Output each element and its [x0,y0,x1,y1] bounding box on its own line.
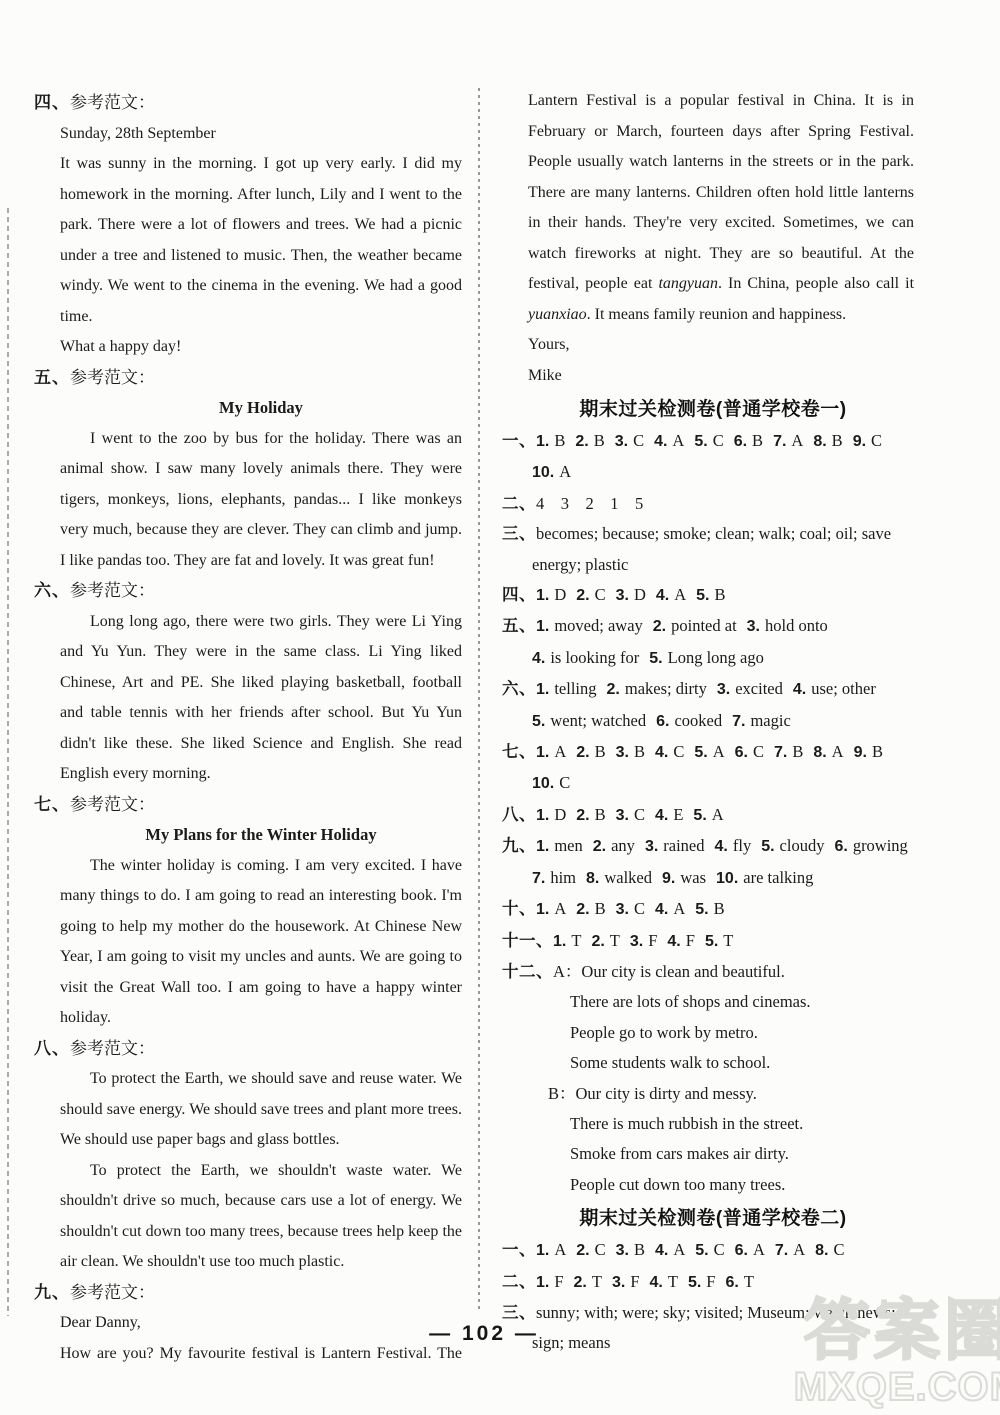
question-number: 4. [650,1274,663,1291]
answer-section-title: 期末过关检测卷(普通学校卷一) [502,394,924,425]
answer-item: 8.B [813,431,842,450]
answer-value: rained [663,836,704,855]
answer-line: 10.C [502,768,938,799]
answer-line: 六、1.telling2.makes; dirty3.excited4.use;… [502,674,938,705]
answer-item: 2.makes; dirty [607,679,707,698]
answer-group-label: 七、 [502,743,536,761]
answer-value: B [554,431,565,450]
answer-item: 5.F [688,1272,716,1291]
answer-line: 八、1.D2.B3.C4.E5.A [502,800,938,831]
question-number: 1. [536,901,549,918]
answer-line: Some students walk to school. [502,1048,938,1078]
answer-value: T [592,1272,602,1291]
section-number-label: 六、 [34,581,70,600]
question-number: 2. [591,933,604,950]
answer-item: 6.B [734,431,763,450]
essay-continuation-paragraph: Lantern Festival is a popular festival i… [528,86,914,330]
answer-item: 6.T [725,1272,753,1291]
answer-item: 5.went; watched [532,711,646,730]
answer-item: 9.was [662,868,706,887]
question-number: 1. [536,618,549,635]
answer-item: 8.walked [586,868,652,887]
answer-item: 4.fly [715,836,752,855]
answer-value: T [571,931,581,950]
answer-item: 6.growing [834,836,907,855]
essay-line: What a happy day! [60,332,462,363]
answer-item: 1.A [536,1240,566,1259]
answer-item: 5.A [693,805,723,824]
question-number: 4. [655,901,668,918]
section-number-label: 八、 [34,1039,70,1058]
question-number: 2. [576,807,589,824]
section-heading-label: 参考范文： [70,1283,155,1302]
question-number: 7. [775,1242,788,1259]
answer-value: B [594,431,605,450]
essay-para-indent: Long long ago, there were two girls. The… [60,607,462,790]
question-number: 1. [536,1242,549,1259]
answer-value: fly [733,836,751,855]
answer-value: moved; away [554,616,642,635]
question-number: 2. [576,901,589,918]
answer-value: A [712,805,724,824]
answer-value: excited [735,679,783,698]
question-number: 4. [655,744,668,761]
answer-group-label: 一、 [502,432,536,450]
watermark-logo-text: 答案圈 [794,1295,1000,1365]
answer-item: 3.B [616,1240,645,1259]
answer-group-label: 二、 [502,1273,536,1291]
answer-item: 5.T [705,931,733,950]
question-number: 10. [716,870,738,887]
watermark: 答案圈 MXQE.COM [794,1295,1000,1409]
answer-item: 3.C [616,805,645,824]
question-number: 4. [656,587,669,604]
question-number: 5. [695,1242,708,1259]
answer-value: are talking [743,868,813,887]
answer-item: 9.B [854,742,883,761]
question-number: 3. [717,681,730,698]
answer-item: 5.cloudy [761,836,824,855]
answer-value: D [554,805,566,824]
answer-item: 2.B [576,742,605,761]
answer-value: C [673,742,684,761]
question-number: 3. [630,933,643,950]
answer-value: A [554,742,566,761]
answer-text: becomes; because; smoke; clean; walk; co… [536,524,891,543]
answer-value: F [686,931,695,950]
answer-value: E [673,805,683,824]
answer-value: B [634,742,645,761]
answer-line: 一、1.A2.C3.B4.A5.C6.A7.A8.C [502,1235,938,1266]
answer-value: him [550,868,576,887]
essay-section: 八、参考范文：To protect the Earth, we should s… [34,1034,462,1278]
answer-item: 7.A [773,431,803,450]
answer-value: C [713,431,724,450]
question-number: 3. [645,838,658,855]
section-heading-label: 参考范文： [70,93,155,112]
essay-para-indent: To protect the Earth, we shouldn't waste… [60,1156,462,1278]
answer-line: 九、1.men2.any3.rained4.fly5.cloudy6.growi… [502,831,938,862]
answer-group-label: 九、 [502,837,536,855]
answer-item: 4.A [654,431,684,450]
answer-group-label: 四、 [502,586,536,604]
section-header: 六、参考范文： [34,576,462,607]
letter-signoff: Yours,Mike [502,330,938,391]
italic-term: tangyuan [658,275,718,292]
page-edge-artifact [7,208,9,1316]
question-number: 5. [694,433,707,450]
answer-item: 6.A [735,1240,765,1259]
answer-line: 十二、A：Our city is clean and beautiful. [502,957,938,987]
answer-text: There are lots of shops and cinemas. [570,992,811,1011]
answer-line: 5.went; watched6.cooked7.magic [502,706,938,737]
answer-text: People cut down too many trees. [570,1175,785,1194]
answer-text: Some students walk to school. [570,1053,770,1072]
question-number: 8. [813,744,826,761]
answer-value: F [706,1272,715,1291]
answer-item: 9.C [853,431,882,450]
answer-item: 8.A [813,742,843,761]
answer-value: T [744,1272,754,1291]
question-number: 4. [654,433,667,450]
answer-value: hold onto [765,616,828,635]
answer-item: 10.A [532,462,571,481]
answer-line: There is much rubbish in the street. [502,1109,938,1139]
answer-value: growing [853,836,908,855]
answer-value: B [715,585,726,604]
answer-value: B [595,805,606,824]
answer-item: 2.T [591,931,619,950]
answer-value: A [791,431,803,450]
question-number: 6. [656,713,669,730]
answer-item: 2.C [576,585,605,604]
answer-item: 1.D [536,585,566,604]
answer-value: use; other [811,679,876,698]
answer-group-label: 六、 [502,680,536,698]
answer-line: 二、4 3 2 1 5 [502,489,938,519]
answer-value: C [559,773,570,792]
question-number: 1. [536,587,549,604]
answer-line: energy; plastic [502,550,938,580]
section-header: 七、参考范文： [34,790,462,821]
answer-item: 4.C [655,742,684,761]
answer-item: 4.F [667,931,695,950]
question-number: 1. [536,681,549,698]
section-number-label: 九、 [34,1283,70,1302]
answer-value: A [674,585,686,604]
answer-item: 7.magic [732,711,791,730]
answer-line: There are lots of shops and cinemas. [502,987,938,1017]
answer-value: A [554,899,566,918]
answer-value: A [672,431,684,450]
answer-item: 3.excited [717,679,783,698]
question-number: 7. [532,870,545,887]
answer-value: F [554,1272,563,1291]
question-number: 3. [616,807,629,824]
answer-group-label: 十一、 [502,932,553,950]
answer-value: B [714,899,725,918]
question-number: 2. [576,1242,589,1259]
answer-value: D [554,585,566,604]
essay-para: It was sunny in the morning. I got up ve… [60,149,462,332]
answer-value: went; watched [550,711,646,730]
answer-item: 1.A [536,899,566,918]
answer-line: Smoke from cars makes air dirty. [502,1139,938,1169]
answer-value: cooked [674,711,722,730]
answer-line: 十、1.A2.B3.C4.A5.B [502,894,938,925]
answer-item: 1.B [536,431,565,450]
answer-text: People go to work by metro. [570,1023,758,1042]
question-number: 5. [695,901,708,918]
answer-item: 1.D [536,805,566,824]
answer-value: A [832,742,844,761]
essay-section: 六、参考范文：Long long ago, there were two gir… [34,576,462,790]
answer-item: 2.C [576,1240,605,1259]
answer-value: B [595,899,606,918]
section-heading-label: 参考范文： [70,581,155,600]
question-number: 8. [586,870,599,887]
answer-group-label: 十、 [502,900,536,918]
question-number: 5. [532,713,545,730]
section-header: 九、参考范文： [34,1278,462,1309]
question-number: 8. [813,433,826,450]
answer-value: was [680,868,706,887]
answer-item: 4.T [650,1272,678,1291]
question-number: 6. [725,1274,738,1291]
question-number: 4. [655,1242,668,1259]
answer-item: 5.A [694,742,724,761]
answer-value: A [673,899,685,918]
question-number: 4. [793,681,806,698]
question-number: 10. [532,775,554,792]
answer-item: 1.men [536,836,583,855]
answer-item: 10.are talking [716,868,813,887]
answer-line: 五、1.moved; away2.pointed at3.hold onto [502,611,938,642]
answer-item: 1.A [536,742,566,761]
answer-group-label: 八、 [502,806,536,824]
answer-group-label: 三、 [502,525,536,543]
question-number: 3. [616,1242,629,1259]
answer-value: T [668,1272,678,1291]
answer-value: magic [750,711,790,730]
answer-value: Long long ago [668,648,764,667]
question-number: 5. [649,650,662,667]
question-number: 1. [553,933,566,950]
question-number: 2. [576,744,589,761]
scanned-answer-page: 四、参考范文：Sunday, 28th SeptemberIt was sunn… [0,0,1000,1415]
question-number: 7. [773,433,786,450]
answer-text: There is much rubbish in the street. [570,1114,803,1133]
question-number: 3. [616,587,629,604]
answer-value: C [595,585,606,604]
question-number: 10. [532,464,554,481]
answer-group-label: 五、 [502,617,536,635]
answer-item: 3.B [616,742,645,761]
answer-value: A [793,1240,805,1259]
answer-value: C [634,805,645,824]
answer-line: 一、1.B2.B3.C4.A5.C6.B7.A8.B9.C [502,426,938,457]
answer-value: T [610,931,620,950]
question-number: 1. [536,1274,549,1291]
question-number: 9. [853,433,866,450]
answer-item: 5.C [695,1240,724,1259]
answer-item: 2.B [575,431,604,450]
answer-line: 4.is looking for5.Long long ago [502,643,938,674]
section-header: 五、参考范文： [34,363,462,394]
question-number: 1. [536,807,549,824]
answer-group-label: 十二、 [502,963,553,981]
answer-value: B [752,431,763,450]
answer-line: 四、1.D2.C3.D4.A5.B [502,580,938,611]
signoff-line: Yours, [528,330,938,361]
italic-term: yuanxiao [528,306,587,323]
answer-line: People go to work by metro. [502,1018,938,1048]
watermark-site-text: MXQE.COM [794,1365,1000,1409]
answer-item: 4.use; other [793,679,876,698]
answer-text: Smoke from cars makes air dirty. [570,1144,789,1163]
answer-item: 5.B [696,585,725,604]
answer-item: 3.C [616,899,645,918]
question-number: 4. [715,838,728,855]
left-column: 四、参考范文：Sunday, 28th SeptemberIt was sunn… [34,88,462,1369]
answer-value: walked [604,868,652,887]
question-number: 7. [774,744,787,761]
question-number: 3. [615,433,628,450]
answer-group-label: 二、 [502,495,536,513]
question-number: 3. [747,618,760,635]
question-number: 3. [612,1274,625,1291]
answer-item: 1.moved; away [536,616,643,635]
question-number: 2. [607,681,620,698]
answer-value: cloudy [780,836,825,855]
question-number: 5. [693,807,706,824]
question-number: 5. [761,838,774,855]
answer-item: 1.telling [536,679,597,698]
answer-value: is looking for [550,648,639,667]
question-number: 9. [662,870,675,887]
question-number: 8. [815,1242,828,1259]
answer-value: B [634,1240,645,1259]
question-number: 6. [735,1242,748,1259]
left-column-sections: 四、参考范文：Sunday, 28th SeptemberIt was sunn… [34,88,462,1369]
section-number-label: 五、 [34,368,70,387]
answer-value: T [723,931,733,950]
question-number: 3. [616,744,629,761]
answer-value: makes; dirty [625,679,707,698]
answer-value: C [633,431,644,450]
essay-section: 四、参考范文：Sunday, 28th SeptemberIt was sunn… [34,88,462,363]
answer-item: 5.C [694,431,723,450]
essay-title: My Holiday [60,393,462,424]
answer-item: 6.cooked [656,711,722,730]
answer-line: B：Our city is dirty and messy. [502,1079,938,1109]
essay-line: Sunday, 28th September [60,119,462,150]
essay-para-indent: The winter holiday is coming. I am very … [60,851,462,1034]
answer-item: 5.Long long ago [649,648,764,667]
answer-item: 3.F [612,1272,640,1291]
section-number-label: 七、 [34,795,70,814]
answer-line: 七、1.A2.B3.B4.C5.A6.C7.B8.A9.B [502,737,938,768]
question-number: 5. [688,1274,701,1291]
question-number: 9. [854,744,867,761]
answer-line: 7.him8.walked9.was10.are talking [502,863,938,894]
section-number-label: 四、 [34,93,70,112]
answer-value: A [554,1240,566,1259]
question-number: 6. [734,433,747,450]
answer-line: People cut down too many trees. [502,1170,938,1200]
question-number: 5. [705,933,718,950]
answer-item: 4.E [655,805,683,824]
essay-section: 七、参考范文：My Plans for the Winter HolidayTh… [34,790,462,1034]
section-header: 四、参考范文： [34,88,462,119]
answer-value: B [872,742,883,761]
answer-text: energy; plastic [532,555,628,574]
answer-line: 十一、1.T2.T3.F4.F5.T [502,926,938,957]
answer-value: telling [554,679,596,698]
answer-item: 3.C [615,431,644,450]
answer-item: 4.A [655,1240,685,1259]
answer-value: A [559,462,571,481]
answer-value: F [648,931,657,950]
answer-value: B [595,742,606,761]
question-number: 2. [574,1274,587,1291]
answer-item: 4.is looking for [532,648,639,667]
signoff-line: Mike [528,361,938,392]
question-number: 1. [536,838,549,855]
answer-value: C [634,899,645,918]
question-number: 6. [735,744,748,761]
answer-value: men [554,836,582,855]
answer-item: 2.B [576,805,605,824]
answer-text: B：Our city is dirty and messy. [548,1084,757,1103]
essay-para-indent: I went to the zoo by bus for the holiday… [60,424,462,577]
answer-item: 1.F [536,1272,564,1291]
question-number: 3. [616,901,629,918]
section-heading-label: 参考范文： [70,368,155,387]
answer-value: any [611,836,635,855]
answer-item: 7.him [532,868,576,887]
answer-item: 7.B [774,742,803,761]
section-header: 八、参考范文： [34,1034,462,1065]
question-number: 2. [575,433,588,450]
answer-item: 3.hold onto [747,616,828,635]
answer-item: 2.B [576,899,605,918]
question-number: 2. [593,838,606,855]
answer-item: 2.T [574,1272,602,1291]
answer-item: 4.A [656,585,686,604]
answer-item: 6.C [735,742,764,761]
question-number: 1. [536,744,549,761]
answer-item: 1.T [553,931,581,950]
question-number: 2. [576,587,589,604]
section-heading-label: 参考范文： [70,1039,155,1058]
answer-value: C [595,1240,606,1259]
answer-line: 三、becomes; because; smoke; clean; walk; … [502,519,938,549]
question-number: 7. [732,713,745,730]
answer-item: 2.pointed at [653,616,737,635]
answer-text: 4 3 2 1 5 [536,494,643,513]
answer-value: C [753,742,764,761]
column-divider [478,88,480,1312]
question-number: 4. [655,807,668,824]
essay-para-indent: To protect the Earth, we should save and… [60,1064,462,1156]
answer-value: F [630,1272,639,1291]
answer-value: B [792,742,803,761]
answer-section-title: 期末过关检测卷(普通学校卷二) [502,1203,924,1234]
answer-item: 7.A [775,1240,805,1259]
answer-item: 3.D [616,585,646,604]
answer-value: D [634,585,646,604]
